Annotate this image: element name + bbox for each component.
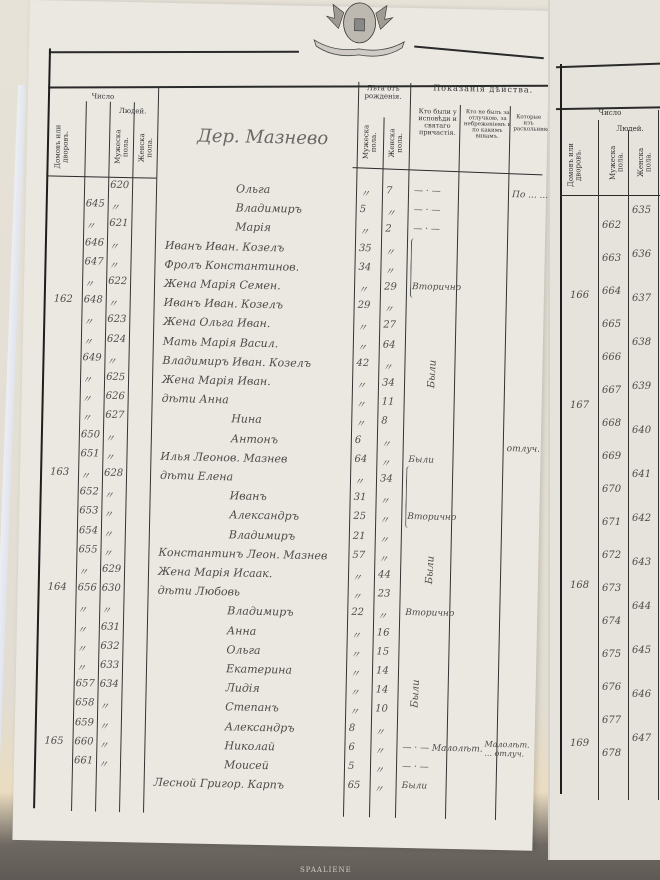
age-male: 〃 <box>349 703 359 718</box>
male-number: 645 <box>86 198 105 209</box>
female-number: 〃 <box>110 199 120 214</box>
age-male: 〃 <box>354 473 364 488</box>
right-male-number: 669 <box>602 451 621 462</box>
age-male: 〃 <box>349 684 359 699</box>
header-households: Домовъ или дворовъ. <box>54 117 71 177</box>
person-name: Нина <box>231 413 262 427</box>
age-male: 〃 <box>357 319 367 334</box>
header-male: Мужеска пола. <box>114 122 130 172</box>
right-male-number: 671 <box>602 517 621 528</box>
female-number: 〃 <box>98 736 108 751</box>
person-name: Екатерина <box>226 662 292 676</box>
right-note-top: По ... ... <box>512 190 548 201</box>
header-testimony-schismatic: Которые изъ раскольниковъ <box>513 114 543 133</box>
right-male-number: 664 <box>602 286 621 297</box>
age-male: 42 <box>356 358 369 369</box>
right-header-households: Домовъ или дворовъ. <box>568 140 583 190</box>
female-number: 631 <box>101 621 120 632</box>
age-female: 〃 <box>382 358 392 373</box>
age-male: 〃 <box>351 588 361 603</box>
female-number: 632 <box>100 640 119 651</box>
male-number: 659 <box>75 717 94 728</box>
male-number: 〃 <box>76 640 86 655</box>
male-number: 〃 <box>83 314 93 329</box>
person-name: Антонъ <box>231 432 278 446</box>
male-number: 〃 <box>84 275 94 290</box>
male-number: 658 <box>75 697 94 708</box>
age-male: 〃 <box>358 281 368 296</box>
person-name: Иванъ Иван. Козелъ <box>164 296 284 311</box>
male-number: 656 <box>78 582 97 593</box>
right-male-number: 672 <box>602 550 621 561</box>
side-note-first: Были <box>426 360 439 389</box>
female-number: 〃 <box>106 352 116 367</box>
age-female: 〃 <box>373 781 383 796</box>
right-house-number: 168 <box>570 580 589 591</box>
house-number: 162 <box>54 294 73 305</box>
person-name: Илья Леонов. Мазнев <box>160 450 287 466</box>
person-name: Жена Марія Иван. <box>162 373 271 388</box>
female-number: 〃 <box>99 698 109 713</box>
age-male: 35 <box>359 243 372 254</box>
female-number: 〃 <box>108 295 118 310</box>
female-number: 〃 <box>103 506 113 521</box>
age-female: 〃 <box>375 723 385 738</box>
double-headed-eagle-emblem-icon <box>304 0 415 60</box>
testimony-note: Вторично <box>405 608 454 619</box>
age-male: 〃 <box>357 339 367 354</box>
age-female: 27 <box>383 320 396 331</box>
male-number: 655 <box>78 544 97 555</box>
right-male-number: 675 <box>602 649 621 660</box>
right-male-number: 678 <box>602 748 621 759</box>
age-male: 57 <box>352 550 365 561</box>
female-number: 621 <box>109 218 128 229</box>
right-male-number: 667 <box>602 385 621 396</box>
right-header-female: Женска пола. <box>638 140 653 185</box>
male-number: 649 <box>82 352 101 363</box>
age-female: 〃 <box>383 301 393 316</box>
testimony-note: — · — <box>414 186 441 197</box>
right-header-number: Число <box>580 110 640 118</box>
age-female: 64 <box>383 339 396 350</box>
age-male: 8 <box>349 722 356 733</box>
age-female: 〃 <box>381 435 391 450</box>
female-number: 〃 <box>105 429 115 444</box>
person-name: Жена Марія Исаак. <box>158 565 273 580</box>
house-number: 164 <box>48 582 67 593</box>
female-number: 634 <box>100 679 119 690</box>
female-number: 〃 <box>98 756 108 771</box>
age-female: 〃 <box>379 493 389 508</box>
person-name: Степанъ <box>225 701 279 715</box>
female-number: 〃 <box>102 544 112 559</box>
age-male: 〃 <box>359 223 369 238</box>
person-name: Иванъ <box>230 489 267 503</box>
female-number: 627 <box>105 410 124 421</box>
age-male: 6 <box>348 742 355 753</box>
female-number: 626 <box>106 391 125 402</box>
female-number: 633 <box>100 660 119 671</box>
male-number: 〃 <box>83 333 93 348</box>
female-number: 620 <box>110 180 129 191</box>
right-female-number: 640 <box>632 425 651 436</box>
person-name: дѣти Любовь <box>158 584 241 599</box>
male-number: 〃 <box>76 659 86 674</box>
male-number: 646 <box>85 237 104 248</box>
male-number: 652 <box>80 486 99 497</box>
person-name: Жена Ольга Иван. <box>163 315 270 330</box>
male-number: 657 <box>76 678 95 689</box>
male-number: 〃 <box>81 410 91 425</box>
right-female-number: 641 <box>632 469 651 480</box>
age-female: 34 <box>380 473 393 484</box>
side-note-second: Были <box>424 556 437 585</box>
header-number: Число <box>68 93 138 102</box>
age-male: 65 <box>348 780 361 791</box>
right-female-number: 644 <box>632 601 651 612</box>
testimony-note: Вторично <box>407 512 456 523</box>
village-heading: Дер. Мазнево <box>197 126 328 150</box>
age-male: 31 <box>354 492 367 503</box>
testimony-note: — · — Малолѣт. <box>402 743 482 755</box>
header-testimony: Показанія дѣйства. <box>418 84 548 96</box>
male-number: 661 <box>74 755 93 766</box>
age-female: 〃 <box>379 531 389 546</box>
age-female: 〃 <box>380 454 390 469</box>
right-male-number: 665 <box>602 319 621 330</box>
age-female: 〃 <box>374 761 384 776</box>
right-female-number: 643 <box>632 557 651 568</box>
age-female: 〃 <box>379 512 389 527</box>
female-number: 623 <box>107 314 126 325</box>
person-name: Лесной Григор. Карпъ <box>154 776 285 792</box>
age-female: 29 <box>384 281 397 292</box>
person-name: Владимиръ <box>227 605 294 619</box>
age-male: 21 <box>353 530 366 541</box>
person-name: дѣти Елена <box>160 469 233 484</box>
person-name: Марія <box>235 221 271 235</box>
person-name: Николай <box>224 739 275 753</box>
right-house-number: 167 <box>570 400 589 411</box>
person-name: Владимиръ <box>229 528 296 542</box>
right-female-number: 646 <box>632 689 651 700</box>
age-male: 〃 <box>351 626 361 641</box>
right-female-number: 645 <box>632 645 651 656</box>
right-female-number: 642 <box>632 513 651 524</box>
person-name: Ольга <box>226 643 260 657</box>
left-page: Число Людей. Домовъ или дворовъ. Мужеска… <box>12 0 549 851</box>
right-house-number: 166 <box>570 290 589 301</box>
age-male: 〃 <box>360 185 370 200</box>
age-male: 〃 <box>352 569 362 584</box>
right-male-number: 662 <box>602 220 621 231</box>
person-name: Фролъ Константинов. <box>164 258 299 274</box>
right-house-number: 169 <box>570 738 589 749</box>
age-male: 34 <box>358 262 371 273</box>
age-male: 〃 <box>350 646 360 661</box>
right-male-number: 670 <box>602 484 621 495</box>
female-number: 〃 <box>101 602 111 617</box>
right-female-number: 639 <box>632 381 651 392</box>
person-name: Ольга <box>236 182 270 196</box>
house-number: 165 <box>44 735 63 746</box>
age-female: 7 <box>386 186 393 197</box>
female-number: 624 <box>107 333 126 344</box>
age-male: 5 <box>360 204 367 215</box>
person-name: Лидія <box>225 681 259 695</box>
age-male: 〃 <box>356 377 366 392</box>
female-number: 〃 <box>104 448 114 463</box>
male-number: 647 <box>84 256 103 267</box>
female-number: 630 <box>102 583 121 594</box>
female-number: 622 <box>108 276 127 287</box>
bottom-stamp: SPAALIENE <box>300 866 352 874</box>
age-female: 14 <box>376 685 389 696</box>
right-male-number: 666 <box>602 352 621 363</box>
age-male: 〃 <box>355 396 365 411</box>
right-female-number: 638 <box>632 337 651 348</box>
female-number: 628 <box>104 468 123 479</box>
male-number: 〃 <box>85 218 95 233</box>
age-male: 25 <box>353 511 366 522</box>
age-female: 11 <box>382 397 395 408</box>
male-number: 〃 <box>77 602 87 617</box>
right-female-number: 635 <box>632 205 651 216</box>
male-number: 〃 <box>78 563 88 578</box>
male-number: 〃 <box>80 467 90 482</box>
right-header-male: Мужеска пола. <box>610 140 625 185</box>
age-female: 〃 <box>377 608 387 623</box>
age-male: 64 <box>354 454 367 465</box>
age-female: 44 <box>378 569 391 580</box>
female-number: 〃 <box>109 237 119 252</box>
person-name: Иванъ Иван. Козелъ <box>165 238 285 253</box>
testimony-note: — · — <box>413 224 440 235</box>
house-number: 163 <box>50 467 69 478</box>
right-page: Число Людей. Домовъ или дворовъ. Мужеска… <box>548 0 660 860</box>
age-female: 〃 <box>385 243 395 258</box>
age-male: 〃 <box>350 665 360 680</box>
age-female: 16 <box>377 627 390 638</box>
person-name: Константинъ Леон. Мазнев <box>158 546 327 563</box>
male-number: 660 <box>74 736 93 747</box>
age-female: 15 <box>376 646 389 657</box>
age-male: 22 <box>351 607 364 618</box>
right-male-number: 673 <box>602 583 621 594</box>
male-number: 653 <box>79 506 98 517</box>
header-age-male: Мужеска пола. <box>363 117 379 167</box>
header-female: Женска пола. <box>138 122 154 172</box>
person-name: Моисей <box>224 758 269 772</box>
age-female: 8 <box>381 416 388 427</box>
testimony-note: Были <box>402 781 428 792</box>
male-number: 650 <box>81 429 100 440</box>
male-number: 〃 <box>82 371 92 386</box>
female-number: 625 <box>106 372 125 383</box>
age-female: 〃 <box>385 205 395 220</box>
female-number: 〃 <box>99 717 109 732</box>
testimony-note: Были <box>408 455 434 466</box>
header-age-female: Женска пола. <box>389 118 405 168</box>
male-number: 〃 <box>82 390 92 405</box>
age-male: 6 <box>355 434 362 445</box>
female-number: 〃 <box>103 525 113 540</box>
right-male-number: 676 <box>602 682 621 693</box>
age-male: 29 <box>358 300 371 311</box>
person-name: Мать Марія Васил. <box>163 334 279 349</box>
testimony-note: — · — <box>414 205 441 216</box>
right-female-number: 636 <box>632 249 651 260</box>
female-number: 629 <box>102 564 121 575</box>
female-number: 〃 <box>104 487 114 502</box>
age-female: 14 <box>376 665 389 676</box>
age-female: 〃 <box>384 262 394 277</box>
right-male-number: 668 <box>602 418 621 429</box>
testimony-note: — · — <box>402 762 429 773</box>
person-name: Жена Марія Семен. <box>164 277 281 292</box>
header-testimony-confessed: Кто были у исповѣди и святаго причастія. <box>413 108 462 138</box>
testimony-note: Вторично <box>412 282 461 293</box>
age-female: 〃 <box>378 550 388 565</box>
male-number: 〃 <box>77 621 87 636</box>
right-female-number: 637 <box>632 293 651 304</box>
age-male: 〃 <box>355 415 365 430</box>
age-female: 10 <box>375 704 388 715</box>
header-age: Лѣта отъ рожденія. <box>358 85 408 101</box>
right-female-number: 647 <box>632 733 651 744</box>
male-number: 648 <box>84 294 103 305</box>
right-header-people: Людей. <box>610 126 650 134</box>
male-number: 654 <box>79 525 98 536</box>
age-female: 34 <box>382 377 395 388</box>
age-female: 2 <box>385 224 392 235</box>
person-name: Владимиръ Иван. Козелъ <box>162 354 311 370</box>
right-male-number: 677 <box>602 715 621 726</box>
side-note-third: Были <box>409 679 422 708</box>
age-female: 23 <box>378 589 391 600</box>
person-name: Александръ <box>225 720 295 734</box>
header-testimony-absent: Кто не былъ за отлучкою, за небреженіемъ… <box>463 109 512 140</box>
person-name: Владимиръ <box>236 202 303 216</box>
right-note-mid: отлуч. <box>507 444 541 455</box>
right-male-number: 674 <box>602 616 621 627</box>
male-number: 651 <box>80 448 99 459</box>
right-note-bottom: Малолѣт. ... отлуч. <box>484 740 534 759</box>
right-male-number: 663 <box>602 253 621 264</box>
age-female: 〃 <box>374 742 384 757</box>
person-name: Александръ <box>229 509 299 523</box>
age-male: 5 <box>348 761 355 772</box>
person-name: Анна <box>227 624 257 638</box>
female-number: 〃 <box>108 257 118 272</box>
person-name: дѣти Анна <box>162 392 229 406</box>
